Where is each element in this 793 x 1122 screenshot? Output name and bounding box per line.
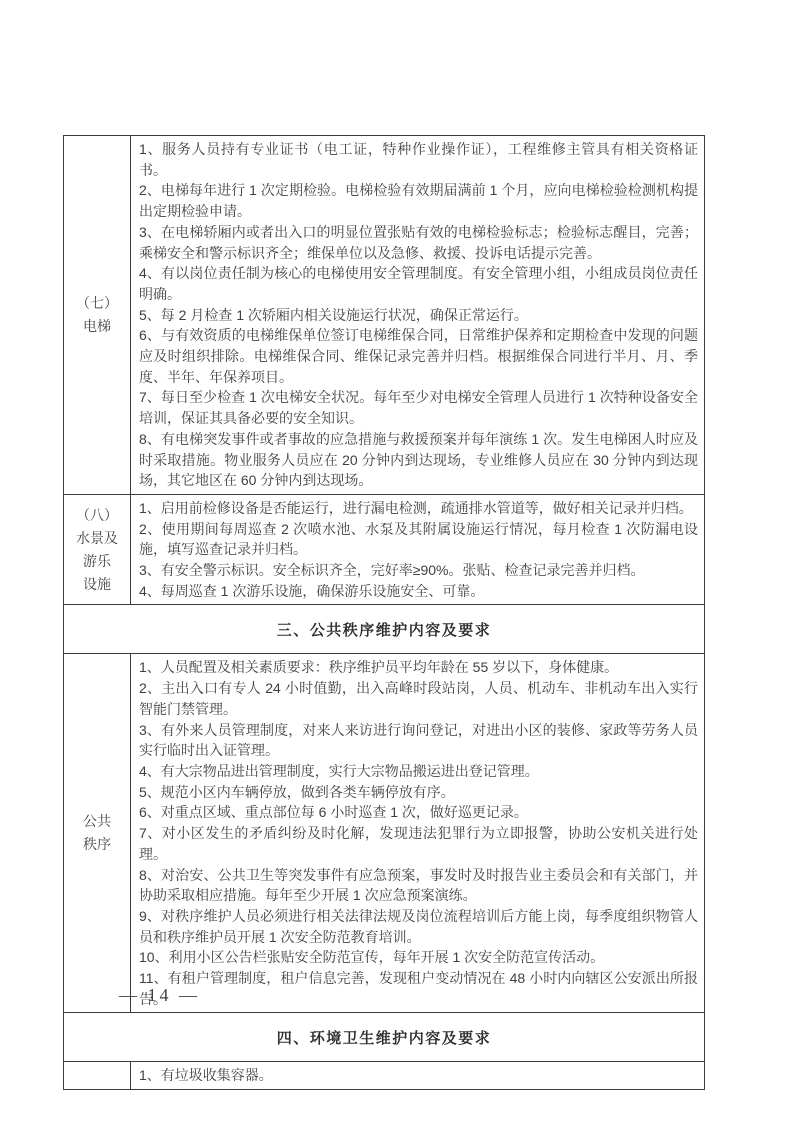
category-label-line: （八）: [76, 504, 118, 527]
page-number: — 14 —: [119, 985, 200, 1006]
requirement-item: 7、每日至少检查 1 次电梯安全状况。每年至少对电梯安全管理人员进行 1 次特种…: [139, 387, 698, 428]
requirement-item: 5、每 2 月检查 1 次轿厢内相关设施运行状况，确保正常运行。: [139, 305, 698, 326]
requirement-item: 2、电梯每年进行 1 次定期检验。电梯检验有效期届满前 1 个月，应向电梯检验检…: [139, 180, 698, 221]
category-label-line: 设施: [83, 573, 111, 596]
requirement-item: 6、与有效资质的电梯维保单位签订电梯维保合同，日常维护保养和定期检查中发现的问题…: [139, 325, 698, 387]
requirement-item: 2、使用期间每周巡查 2 次喷水池、水泵及其附属设施运行情况，每月检查 1 次防…: [139, 519, 698, 560]
category-label-line: （七）: [76, 292, 118, 315]
requirement-item: 7、对小区发生的矛盾纠纷及时化解，发现违法犯罪行为立即报警，协助公安机关进行处理…: [139, 823, 698, 864]
requirement-item: 1、人员配置及相关素质要求：秩序维护员平均年龄在 55 岁以下，身体健康。: [139, 657, 698, 678]
requirements-cell-water-features: 1、启用前检修设备是否能运行，进行漏电检测，疏通排水管道等，做好相关记录并归档。…: [131, 495, 704, 605]
requirement-item: 4、每周巡查 1 次游乐设施，确保游乐设施安全、可靠。: [139, 581, 698, 602]
category-label-water-features: （八） 水景及 游乐 设施: [64, 495, 131, 605]
requirement-item: 2、主出入口有专人 24 小时值勤，出入高峰时段站岗，人员、机动车、非机动车出入…: [139, 678, 698, 719]
requirements-cell-sanitation: 1、有垃圾收集容器。: [131, 1062, 704, 1089]
requirement-item: 4、有大宗物品进出管理制度，实行大宗物品搬运进出登记管理。: [139, 761, 698, 782]
requirement-item: 1、服务人员持有专业证书（电工证，特种作业操作证），工程维修主管具有相关资格证书…: [139, 139, 698, 180]
requirements-cell-elevator: 1、服务人员持有专业证书（电工证，特种作业操作证），工程维修主管具有相关资格证书…: [131, 136, 704, 494]
requirements-cell-public-order: 1、人员配置及相关素质要求：秩序维护员平均年龄在 55 岁以下，身体健康。 2、…: [131, 654, 704, 1012]
table-row-elevator: （七） 电梯 1、服务人员持有专业证书（电工证，特种作业操作证），工程维修主管具…: [64, 136, 704, 495]
section-header-public-order: 三、公共秩序维护内容及要求: [64, 605, 704, 654]
requirement-item: 3、有外来人员管理制度，对来人来访进行询问登记，对进出小区的装修、家政等劳务人员…: [139, 720, 698, 761]
category-label-elevator: （七） 电梯: [64, 136, 131, 494]
requirement-item: 1、有垃圾收集容器。: [139, 1065, 698, 1086]
requirement-item: 3、有安全警示标识。安全标识齐全，完好率≥90%。张贴、检查记录完善并归档。: [139, 560, 698, 581]
requirement-item: 3、在电梯轿厢内或者出入口的明显位置张贴有效的电梯检验标志；检验标志醒目，完善；…: [139, 222, 698, 263]
requirement-item: 1、启用前检修设备是否能运行，进行漏电检测，疏通排水管道等，做好相关记录并归档。: [139, 498, 698, 519]
section-header-sanitation: 四、环境卫生维护内容及要求: [64, 1013, 704, 1062]
category-label-empty: [64, 1062, 131, 1089]
category-label-line: 水景及: [76, 527, 118, 550]
requirement-item: 8、对治安、公共卫生等突发事件有应急预案，事发时及时报告业主委员会和有关部门，并…: [139, 865, 698, 906]
section-title: 三、公共秩序维护内容及要求: [277, 622, 492, 639]
category-label-line: 游乐: [83, 550, 111, 573]
table-row-public-order: 公共 秩序 1、人员配置及相关素质要求：秩序维护员平均年龄在 55 岁以下，身体…: [64, 654, 704, 1013]
table-row-sanitation: 1、有垃圾收集容器。: [64, 1062, 704, 1089]
requirement-item: 5、规范小区内车辆停放，做到各类车辆停放有序。: [139, 782, 698, 803]
requirement-item: 9、对秩序维护人员必须进行相关法律法规及岗位流程培训后方能上岗，每季度组织物管人…: [139, 906, 698, 947]
requirement-item: 8、有电梯突发事件或者事故的应急措施与救援预案并每年演练 1 次。发生电梯困人时…: [139, 429, 698, 491]
service-standard-table: （七） 电梯 1、服务人员持有专业证书（电工证，特种作业操作证），工程维修主管具…: [63, 135, 705, 1090]
requirement-item: 6、对重点区域、重点部位每 6 小时巡查 1 次，做好巡更记录。: [139, 802, 698, 823]
requirement-item: 4、有以岗位责任制为核心的电梯使用安全管理制度。有安全管理小组，小组成员岗位责任…: [139, 263, 698, 304]
requirement-item: 11、有租户管理制度，租户信息完善，发现租户变动情况在 48 小时内向辖区公安派…: [139, 968, 698, 1009]
category-label-public-order: 公共 秩序: [64, 654, 131, 1012]
category-label-line: 秩序: [83, 833, 111, 856]
category-label-line: 电梯: [83, 315, 111, 338]
table-row-water-features: （八） 水景及 游乐 设施 1、启用前检修设备是否能运行，进行漏电检测，疏通排水…: [64, 495, 704, 606]
section-title: 四、环境卫生维护内容及要求: [277, 1030, 492, 1047]
requirement-item: 10、利用小区公告栏张贴安全防范宣传，每年开展 1 次安全防范宣传活动。: [139, 947, 698, 968]
category-label-line: 公共: [83, 810, 111, 833]
